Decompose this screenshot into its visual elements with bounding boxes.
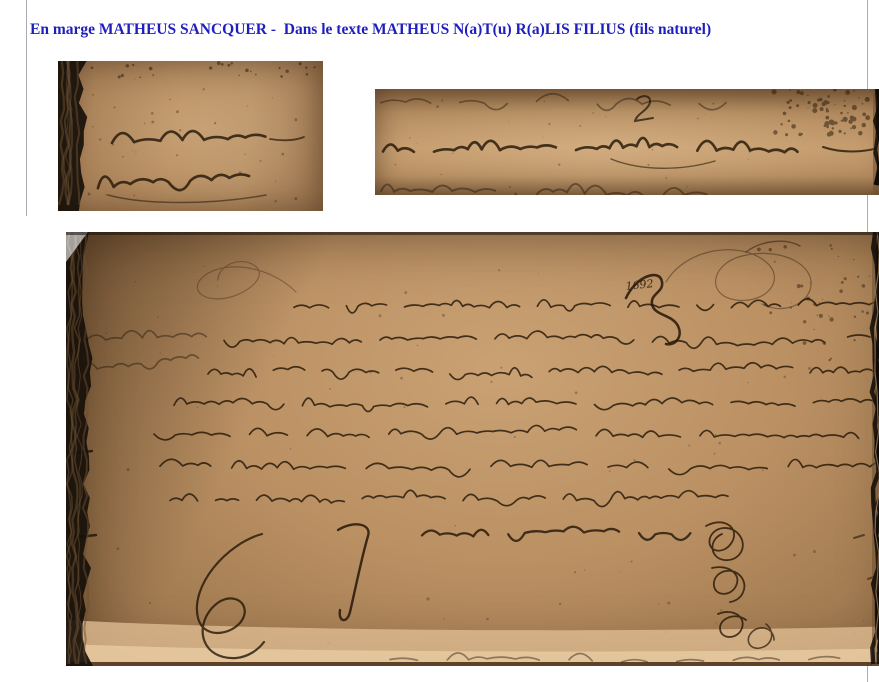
page-title: En marge MATHEUS SANCQUER - Dans le text… xyxy=(30,21,711,39)
page: En marge MATHEUS SANCQUER - Dans le text… xyxy=(0,0,879,682)
text-crop-canvas xyxy=(375,89,879,195)
manuscript-margin-crop-image xyxy=(58,61,323,211)
margin-crop-canvas xyxy=(58,61,323,211)
full-act-canvas: 1692 xyxy=(66,232,879,666)
frame-line-top-left xyxy=(26,0,27,216)
manuscript-full-act-image: 1692 xyxy=(66,232,879,666)
manuscript-text-crop-image xyxy=(375,89,879,195)
